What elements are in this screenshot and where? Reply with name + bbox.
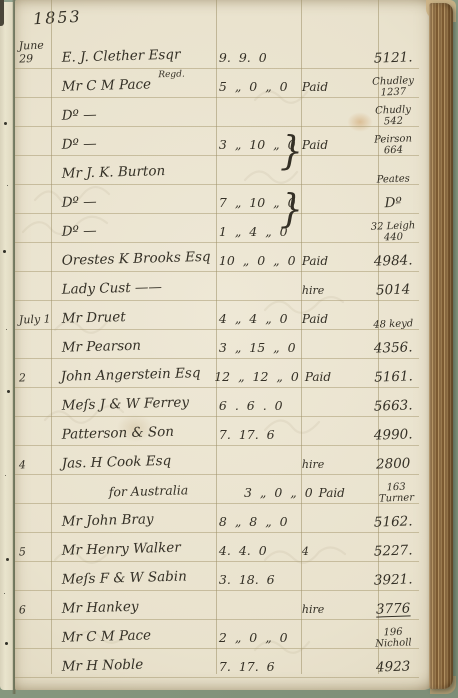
ledger-name-text: Mr Pearson — [61, 338, 141, 356]
ledger-name-text: Orestes K Brooks Esq — [61, 249, 210, 269]
ledger-amount: 2 „ 0 „ 0 — [211, 630, 296, 649]
ledger-name-text: for Australia — [108, 482, 188, 499]
table-row: Regd.Mr C M Pace 5 „ 0 „ 0 Paid Chudley … — [15, 69, 419, 98]
ledger-date — [15, 673, 52, 678]
paid-label: Paid — [302, 80, 328, 94]
table-row: Dº — 3 „ 10 „ 0} Paid Peirson 664 — [15, 127, 419, 156]
ledger-amount — [211, 471, 296, 475]
ledger-name-text: Dº — — [61, 194, 96, 211]
ledger-name-text: Mr Hankey — [61, 599, 138, 617]
ledger-serial: 5161. — [368, 368, 420, 389]
ledger-rows: June 29 E. J. Clether Esqr 9. 9. 0 5121.… — [15, 40, 419, 682]
paid-label: Paid — [319, 486, 345, 500]
ledger-serial: 4990. — [366, 426, 419, 447]
ledger-date: 5 — [15, 544, 52, 562]
table-row: Dº — Chudly 542 — [15, 98, 419, 127]
ledger-serial: 4356. — [366, 339, 419, 360]
ledger-serial: 4984. — [366, 252, 419, 273]
ledger-amount — [211, 616, 296, 620]
ledger-name: Mr Druet — [51, 307, 211, 330]
ledger-name: Dº — — [51, 191, 211, 214]
ledger-amount-text: 12 „ 12 „ 0 — [214, 369, 299, 384]
ledger-name: Dº — — [51, 104, 211, 127]
ledger-amount-text: 2 „ 0 „ 0 — [219, 630, 288, 645]
ledger-name-text: Jas. H Cook Esq — [61, 453, 171, 472]
ledger-name-text: Mr John Bray — [61, 511, 153, 529]
ledger-serial: 196 Nicholl — [366, 626, 419, 650]
ledger-serial: 5162. — [366, 513, 419, 534]
ledger-amount-text: 3. 18. 6 — [219, 572, 275, 587]
ledger-name-note: Regd. — [158, 70, 185, 81]
ledger-amount-text: 1 „ 4 „ 0 — [219, 224, 288, 239]
book-fore-edge — [429, 3, 453, 689]
ledger-name: Orestes K Brooks Esq — [51, 249, 211, 272]
ledger-name-text: Meſs J & W Ferrey — [61, 394, 189, 413]
table-row: Meſs J & W Ferrey 6 . 6 . 0 5663. — [15, 388, 419, 417]
binding-shadow-sliver — [0, 0, 4, 26]
table-row: Lady Cust —— hire 5014 — [15, 272, 419, 301]
ledger-name: Mr J. K. Burton — [51, 162, 211, 185]
table-row: Orestes K Brooks Esq 10 „ 0 „ 0 Paid 498… — [15, 243, 419, 272]
ledger-name: E. J. Clether Esqr — [51, 46, 211, 69]
table-row: Mr Pearson 3 „ 15 „ 0 4356. — [15, 330, 419, 359]
ledger-serial: 4923 — [366, 658, 419, 679]
ledger-amount-text: 3 „ 0 „ 0 — [244, 485, 313, 500]
ledger-name: Jas. H Cook Esq — [51, 452, 211, 475]
ledger-paid-column — [296, 674, 367, 678]
ledger-name-text: Patterson & Son — [61, 424, 174, 443]
table-row: Mr J. K. Burton Peates — [15, 156, 419, 185]
ledger-amount: 7. 17. 6 — [211, 427, 296, 446]
ledger-paid-column: hire — [296, 602, 367, 620]
ledger-amount-text: 8 „ 8 „ 0 — [219, 514, 288, 529]
ledger-serial: 5227. — [366, 542, 419, 563]
ledger-name: Lady Cust —— — [51, 278, 211, 301]
ledger-amount-text: 5 „ 0 „ 0 — [219, 79, 288, 94]
ledger-date: 2 — [15, 370, 51, 388]
ledger-amount-text: 4. 4. 0 — [219, 543, 267, 558]
ledger-amount — [211, 181, 296, 185]
ledger-name: Regd.Mr C M Pace — [51, 75, 211, 98]
ledger-serial: Peirson 664 — [366, 133, 419, 157]
ledger-serial: 2800 — [366, 455, 419, 476]
table-row: 4 Jas. H Cook Esq hire 2800 — [15, 446, 419, 475]
ledger-amount-text: 9. 9. 0 — [219, 50, 267, 65]
ledger-paid-column: 4 — [296, 544, 367, 562]
paid-note: 4 — [302, 545, 309, 558]
paid-label: Paid — [302, 254, 328, 268]
ledger-name: Mr H Noble — [51, 655, 211, 678]
ledger-date: June 29 — [14, 38, 52, 69]
ledger-paid-column: hire — [296, 457, 367, 475]
ledger-paid-column: Paid — [313, 486, 375, 504]
table-row: Dº — 1 „ 4 „ 0 32 Leigh 440 — [15, 214, 419, 243]
table-row: Dº — 7 „ 10 „ 0} Dº — [15, 185, 419, 214]
year-heading: 1853 — [33, 7, 83, 29]
ledger-paid-column: hire — [296, 283, 367, 301]
ledger-name-text: Dº — — [61, 107, 96, 124]
ledger-name-text: John Angerstein Esq — [60, 365, 200, 385]
ledger-amount: 12 „ 12 „ 0 — [206, 369, 299, 388]
brace-mark: } — [280, 129, 303, 174]
table-row: 2 John Angerstein Esq 12 „ 12 „ 0 Paid 5… — [15, 359, 419, 388]
ledger-name-text: Mr H Noble — [61, 657, 143, 675]
ledger-serial: Chudley 1237 — [366, 75, 419, 99]
ledger-amount — [211, 297, 296, 301]
ledger-amount: 3 „ 10 „ 0} — [211, 137, 296, 156]
ledger-name: Mr Henry Walker — [51, 539, 211, 562]
ledger-amount: 4 „ 4 „ 0 — [211, 311, 296, 330]
ledger-serial: 3776 — [366, 600, 419, 621]
paid-note: hire — [302, 284, 324, 297]
ledger-paid-column: Paid — [296, 312, 367, 330]
ledger-name-text: Mr J. K. Burton — [61, 163, 165, 182]
ledger-amount: 7. 17. 6 — [211, 659, 296, 678]
ledger-name-text: Mr Druet — [61, 309, 125, 327]
ledger-name: Mr Hankey — [51, 597, 211, 620]
ledger-serial: 48 keyd — [366, 318, 419, 331]
ledger-paid-column: Paid — [296, 138, 367, 156]
ledger-serial: Peates — [366, 173, 419, 186]
ledger-serial: Dº — [366, 194, 419, 215]
ledger-scan: 1853 June 29 E. J. Clether Esqr 9. 9. 0 … — [0, 0, 458, 698]
table-row: 5 Mr Henry Walker 4. 4. 0 4 5227. — [15, 533, 419, 562]
ledger-amount: 6 . 6 . 0 — [211, 398, 296, 417]
ledger-date: 4 — [15, 457, 52, 475]
ledger-amount-text: 10 „ 0 „ 0 — [219, 253, 296, 268]
table-row: July 1 Mr Druet 4 „ 4 „ 0 Paid 48 keyd — [15, 301, 419, 330]
ledger-date: 6 — [15, 602, 52, 620]
ledger-name: Dº — — [51, 220, 211, 243]
ledger-amount-text: 3 „ 15 „ 0 — [219, 340, 296, 355]
ledger-name: Meſs F & W Sabin — [51, 568, 211, 591]
ledger-name: Dº — — [51, 133, 211, 156]
ledger-name-text: Mr C M Pace — [61, 627, 151, 645]
table-row: Mr H Noble 7. 17. 6 4923 — [15, 649, 419, 678]
ledger-serial: 5663. — [366, 397, 419, 418]
column-rule-amount — [301, 0, 302, 674]
table-row: Patterson & Son 7. 17. 6 4990. — [15, 417, 419, 446]
ledger-serial: 5014 — [366, 281, 419, 302]
paid-note: hire — [302, 603, 324, 616]
ledger-name: Meſs J & W Ferrey — [51, 394, 211, 417]
ledger-amount-text: 6 . 6 . 0 — [219, 398, 283, 413]
ledger-name-text: Dº — — [61, 223, 96, 240]
ledger-name-text: Mr Henry Walker — [61, 540, 180, 559]
ledger-name-text: Dº — — [61, 136, 96, 153]
ledger-name: John Angerstein Esq — [50, 365, 206, 388]
ledger-amount: 10 „ 0 „ 0 — [211, 253, 296, 272]
ledger-serial: 32 Leigh 440 — [366, 220, 419, 244]
paid-label: Paid — [302, 312, 328, 326]
ledger-amount: 5 „ 0 „ 0 — [211, 79, 296, 98]
ledger-amount-text: 4 „ 4 „ 0 — [219, 311, 288, 326]
table-row: Meſs F & W Sabin 3. 18. 6 3921. — [15, 562, 419, 591]
ledger-page: 1853 June 29 E. J. Clether Esqr 9. 9. 0 … — [15, 0, 437, 690]
ledger-date: July 1 — [15, 312, 52, 330]
ledger-serial: 163 Turner — [374, 481, 419, 505]
table-row: 6 Mr Hankey hire 3776 — [15, 591, 419, 620]
ledger-name-text: Lady Cust —— — [61, 279, 162, 298]
ledger-amount: 4. 4. 0 — [211, 543, 296, 562]
table-row: for Australia 3 „ 0 „ 0 Paid 163 Turner — [15, 475, 419, 504]
ledger-paid-column: Paid — [299, 370, 368, 388]
ledger-name: for Australia — [46, 481, 236, 504]
ledger-amount: 7 „ 10 „ 0} — [211, 195, 296, 214]
ledger-amount: 3 „ 15 „ 0 — [211, 340, 296, 359]
ledger-serial: 3921. — [366, 571, 419, 592]
ledger-name: Mr John Bray — [51, 510, 211, 533]
ledger-paid-column: Paid — [296, 254, 367, 272]
ledger-name: Mr C M Pace — [51, 626, 211, 649]
table-row: Mr John Bray 8 „ 8 „ 0 5162. — [15, 504, 419, 533]
ledger-amount-text: 7. 17. 6 — [219, 427, 275, 442]
ledger-name: Mr Pearson — [51, 336, 211, 359]
ledger-name-text: Mr C M Pace — [61, 76, 151, 94]
ledger-amount: 9. 9. 0 — [211, 50, 296, 69]
ledger-amount-text: 7. 17. 6 — [219, 659, 275, 674]
ledger-amount: 8 „ 8 „ 0 — [211, 514, 296, 533]
table-row: June 29 E. J. Clether Esqr 9. 9. 0 5121. — [15, 40, 419, 69]
page-speckles — [4, 122, 7, 125]
ledger-amount: 3. 18. 6 — [211, 572, 296, 591]
paid-label: Paid — [302, 138, 328, 152]
ledger-serial: 5121. — [366, 49, 419, 70]
ledger-name: Patterson & Son — [51, 423, 211, 446]
ledger-paid-column: Paid — [296, 80, 367, 98]
table-row: Mr C M Pace 2 „ 0 „ 0 196 Nicholl — [15, 620, 419, 649]
ledger-amount: 3 „ 0 „ 0 — [236, 485, 313, 504]
ledger-serial: Chudly 542 — [366, 104, 419, 128]
paid-label: Paid — [305, 370, 331, 384]
ledger-amount — [211, 123, 296, 127]
paid-note: hire — [302, 458, 324, 471]
ledger-name-text: E. J. Clether Esqr — [61, 47, 180, 66]
ledger-name-text: Meſs F & W Sabin — [61, 568, 187, 587]
ledger-amount: 1 „ 4 „ 0 — [211, 224, 296, 243]
